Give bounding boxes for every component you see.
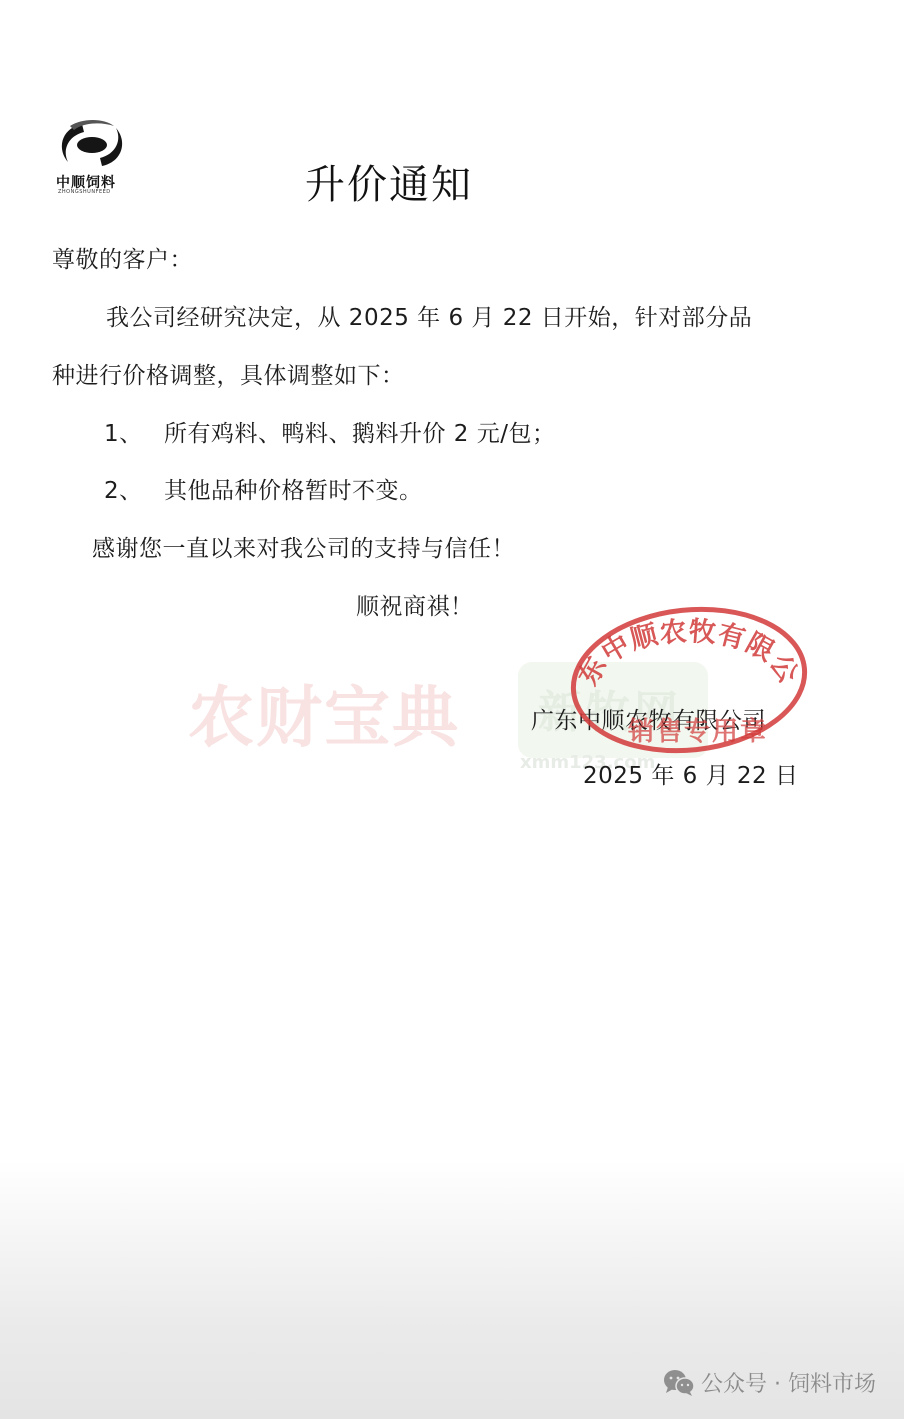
footer-label: 公众号 · 饲料市场	[701, 1367, 876, 1398]
closing-line: 顺祝商祺！	[356, 588, 474, 621]
source-footer: 公众号 · 饲料市场	[663, 1367, 876, 1398]
list-item-number: 1、	[104, 415, 143, 448]
list-item-text: 其他品种价格暂时不变。	[164, 472, 423, 505]
seal-icon: 东中顺农牧有限公司 销售专用章	[566, 598, 812, 758]
logo-swirl-icon	[52, 118, 132, 172]
watermark-left: 农财宝典	[188, 664, 460, 759]
signature-date: 2025 年 6 月 22 日	[583, 757, 799, 790]
svg-text:销售专用章: 销售专用章	[628, 716, 768, 747]
list-item-number: 2、	[104, 472, 143, 505]
paragraph-line-1: 我公司经研究决定，从 2025 年 6 月 22 日开始，针对部分品	[106, 299, 752, 332]
thanks-line: 感谢您一直以来对我公司的支持与信任！	[92, 530, 515, 563]
company-logo: 中顺饲料 ZHONGSHUNFEED	[52, 118, 132, 200]
salutation: 尊敬的客户：	[52, 241, 193, 274]
document-title: 升价通知	[305, 153, 473, 210]
logo-english-name: ZHONGSHUNFEED	[58, 189, 111, 195]
wechat-icon	[663, 1369, 695, 1397]
paragraph-line-2: 种进行价格调整，具体调整如下：	[52, 357, 405, 390]
company-seal: 东中顺农牧有限公司 销售专用章	[566, 598, 812, 758]
list-item-text: 所有鸡料、鸭料、鹅料升价 2 元/包；	[164, 415, 556, 448]
